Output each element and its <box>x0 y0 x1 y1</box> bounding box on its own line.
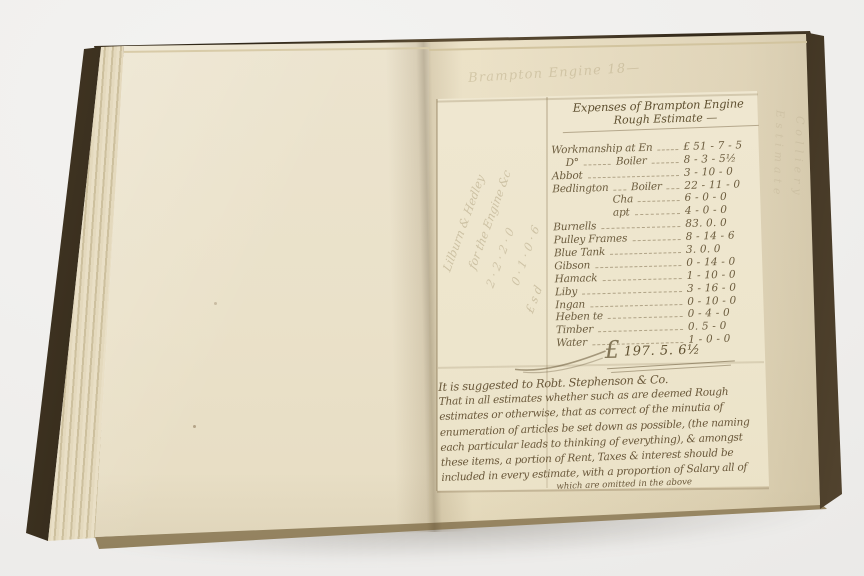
total-amount: 197. 5. 6½ <box>624 343 701 360</box>
item-label: Gibson <box>554 259 590 272</box>
amount-value: 4 - 0 - 0 <box>685 203 767 217</box>
item-label: Bedlington <box>552 181 608 194</box>
dash-leader <box>658 149 679 151</box>
item-sublabel: apt <box>613 207 630 219</box>
dash-leader <box>590 304 682 307</box>
right-margin-bleed: Estimate Colliery <box>770 110 805 450</box>
item-label: Pulley Frames <box>554 233 628 247</box>
amount-value: 0 - 10 - 0 <box>687 293 769 307</box>
paper-speck <box>193 425 196 428</box>
amount-value: 8 - 14 - 6 <box>685 229 767 243</box>
amount-value: 22 - 11 - 0 <box>684 177 766 191</box>
dash-leader <box>584 164 611 166</box>
amount-value: 1 - 10 - 0 <box>686 268 768 282</box>
amount-text: 51 - 7 - 5 <box>693 139 742 152</box>
bleed-line: Estimate <box>770 110 786 200</box>
amount-value: £51 - 7 - 5 <box>683 139 765 153</box>
estimate-entries: Workmanship at En £51 - 7 - 5 D° Boiler … <box>551 138 770 350</box>
item-label: Burnells <box>553 220 596 233</box>
currency-sign: £ <box>683 141 690 153</box>
amount-value: 3. 0. 0 <box>686 242 768 256</box>
total-flourish-icon <box>512 346 609 375</box>
dash-leader <box>635 213 680 215</box>
amount-value: 0 - 14 - 0 <box>686 255 768 269</box>
amount-value: 8 - 3 - 5½ <box>683 152 765 166</box>
amount-value: 3 - 16 - 0 <box>687 280 769 294</box>
item-label: Ingan <box>555 298 585 311</box>
ledger-photo: Brampton Engine 18— Lilburn & Hedley for… <box>0 0 864 576</box>
amount-value: 83. 0. 0 <box>685 216 767 230</box>
dash-leader <box>610 252 681 255</box>
dash-leader <box>598 329 683 332</box>
dash-leader <box>601 226 680 229</box>
dash-leader <box>613 189 626 190</box>
item-label: Abbot <box>552 169 583 182</box>
item-label: Liby <box>555 285 577 298</box>
amount-value: 3 - 10 - 0 <box>684 164 766 178</box>
estimate-subtitle: Rough Estimate — <box>600 111 730 127</box>
total-row: £ 197. 5. 6½ <box>604 338 700 361</box>
dash-leader <box>667 188 680 189</box>
dash-leader <box>632 239 680 241</box>
sheet-left-edge <box>436 99 438 491</box>
dash-leader <box>588 175 679 178</box>
item-label: D° <box>565 156 579 168</box>
item-sublabel: Cha <box>612 194 633 207</box>
item-sublabel: Boiler <box>616 155 647 168</box>
item-label: Hamack <box>555 272 598 285</box>
dash-leader <box>638 200 680 202</box>
dash-leader <box>595 265 681 268</box>
title-underline <box>563 125 759 133</box>
item-label: Timber <box>556 324 593 337</box>
amount-value: 0 - 4 - 0 <box>687 306 769 320</box>
item-label: Heben te <box>556 311 604 324</box>
bleed-line: Colliery <box>791 116 807 200</box>
amount-value: 0. 5 - 0 <box>688 319 770 333</box>
amount-value: 6 - 0 - 0 <box>684 190 766 204</box>
dash-leader <box>652 162 679 164</box>
paper-speck <box>214 302 217 305</box>
estimate-body: Expenses of Brampton Engine Rough Estima… <box>450 94 772 402</box>
item-sublabel: Boiler <box>631 180 662 193</box>
dash-leader <box>602 278 681 281</box>
dash-leader <box>582 291 682 295</box>
amount-value: 1 - 0 - 0 <box>688 332 770 346</box>
item-label: Blue Tank <box>554 246 605 259</box>
dash-leader <box>608 316 683 319</box>
memorandum-note: It is suggested to Robt. Stephenson & Co… <box>438 368 776 496</box>
